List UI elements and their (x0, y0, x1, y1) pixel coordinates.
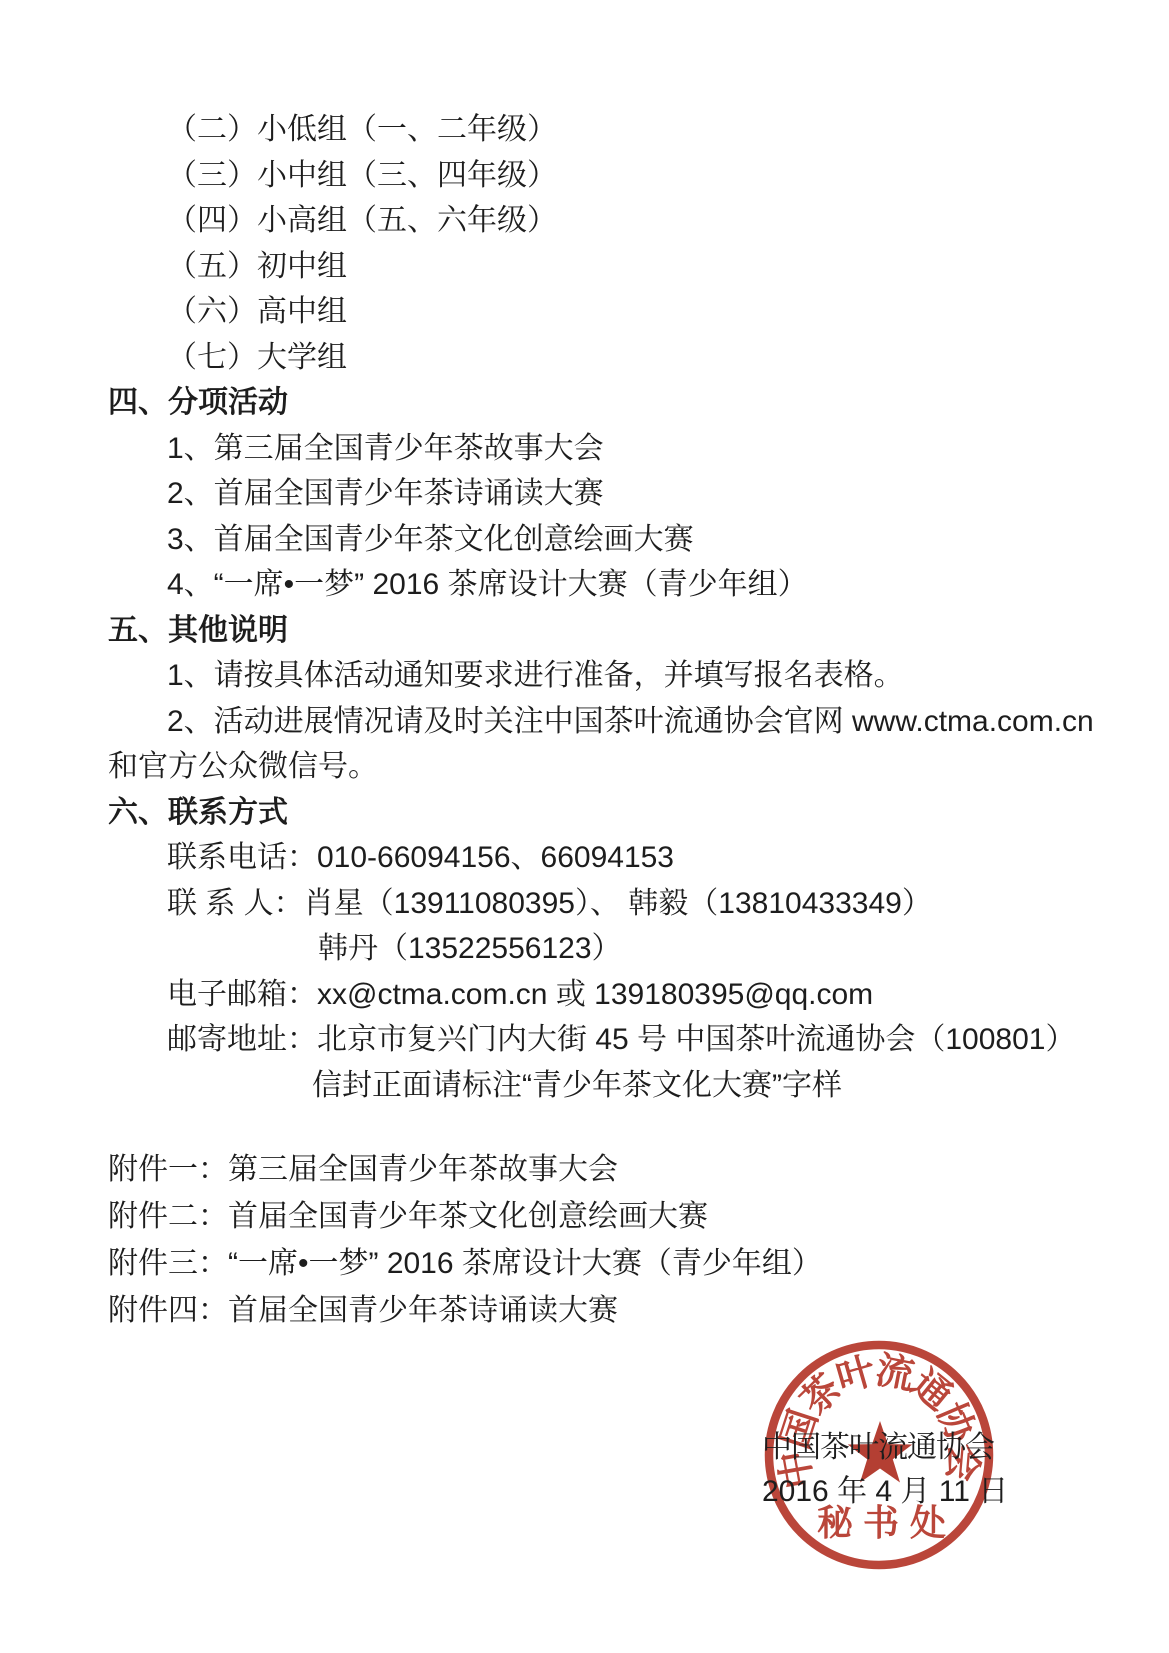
attachment-item: 附件二：首届全国青少年茶文化创意绘画大赛 (108, 1193, 1118, 1240)
contact-persons-continuation: 韩丹（13522556123） (108, 926, 1118, 972)
note-item: 1、请按具体活动通知要求进行准备，并填写报名表格。 (108, 653, 1118, 699)
signature-date: 2016 年 4 月 11 日 (762, 1473, 1008, 1511)
contact-phone: 联系电话：010-66094156、66094153 (108, 835, 1118, 881)
attachment-item: 附件四：首届全国青少年茶诗诵读大赛 (108, 1287, 1118, 1334)
document-body: （二）小低组（一、二年级） （三）小中组（三、四年级） （四）小高组（五、六年级… (108, 0, 1118, 1334)
signature-organization: 中国茶叶流通协会 (762, 1429, 994, 1467)
group-item: （七）大学组 (108, 335, 1118, 381)
section-title-contact: 六、联系方式 (108, 790, 1118, 836)
contact-persons: 联 系 人：肖星（13911080395）、 韩毅（13810433349） (108, 881, 1118, 927)
attachment-item: 附件一：第三届全国青少年茶故事大会 (108, 1146, 1118, 1193)
note-item: 2、活动进展情况请及时关注中国茶叶流通协会官网 www.ctma.com.cn (108, 699, 1118, 745)
contact-email: 电子邮箱：xx@ctma.com.cn 或 139180395@qq.com (108, 972, 1118, 1018)
contact-address-note: 信封正面请标注“青少年茶文化大赛”字样 (108, 1063, 1118, 1109)
attachment-item: 附件三：“一席•一梦” 2016 茶席设计大赛（青少年组） (108, 1240, 1118, 1287)
group-item: （四）小高组（五、六年级） (108, 198, 1118, 244)
group-item: （五）初中组 (108, 244, 1118, 290)
activity-item: 2、首届全国青少年茶诗诵读大赛 (108, 471, 1118, 517)
section-title-notes: 五、其他说明 (108, 608, 1118, 654)
note-item-continuation: 和官方公众微信号。 (108, 744, 1118, 790)
section-title-activities: 四、分项活动 (108, 380, 1118, 426)
activity-item: 1、第三届全国青少年茶故事大会 (108, 426, 1118, 472)
activity-item: 4、“一席•一梦” 2016 茶席设计大赛（青少年组） (108, 562, 1118, 608)
document-page: （二）小低组（一、二年级） （三）小中组（三、四年级） （四）小高组（五、六年级… (0, 0, 1169, 1653)
activity-item: 3、首届全国青少年茶文化创意绘画大赛 (108, 517, 1118, 563)
contact-address: 邮寄地址：北京市复兴门内大街 45 号 中国茶叶流通协会（100801） (108, 1017, 1118, 1063)
group-item: （二）小低组（一、二年级） (108, 107, 1118, 153)
attachments-list: 附件一：第三届全国青少年茶故事大会 附件二：首届全国青少年茶文化创意绘画大赛 附… (108, 1146, 1118, 1334)
group-item: （六）高中组 (108, 289, 1118, 335)
group-item: （三）小中组（三、四年级） (108, 153, 1118, 199)
